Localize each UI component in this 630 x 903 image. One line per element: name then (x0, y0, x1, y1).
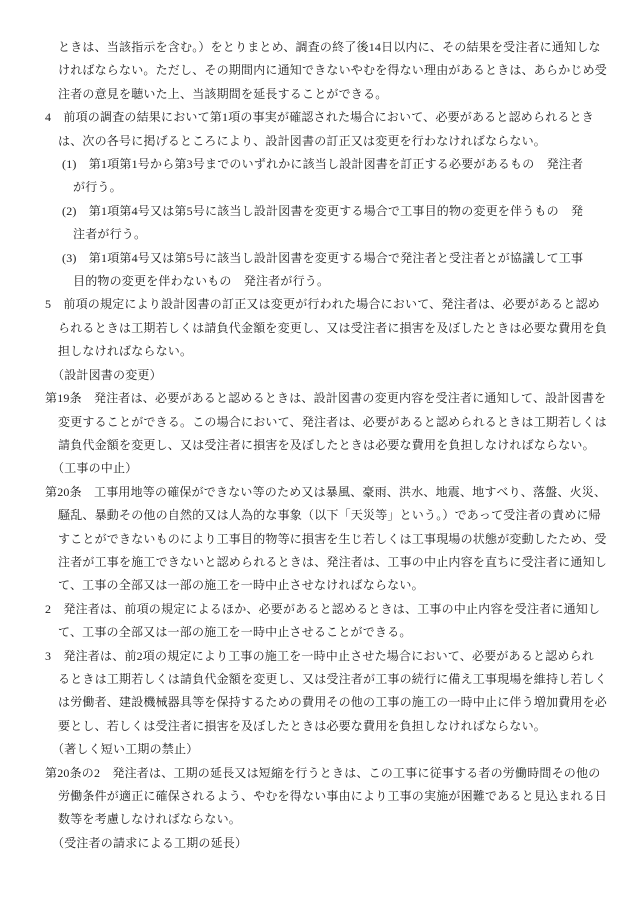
document-line: 注者が行う。 (73, 223, 597, 246)
document-line-article-20: 第20条 工事用地等の確保ができない等のため又は暴風、豪雨、洪水、地震、地すべり… (45, 481, 597, 504)
contract-text-block: ときは、当該指示を含む。）をとりまとめ、調査の終了後14日以内に、その結果を受注… (45, 36, 597, 855)
document-line-clause-5: 5 前項の規定により設計図書の訂正又は変更が行われた場合において、発注者は、必要… (45, 293, 597, 316)
document-line: 騒乱、暴動その他の自然的又は人為的な事象（以下「天災等」という。）であって受注者… (58, 504, 597, 527)
document-line: ときは、当該指示を含む。）をとりまとめ、調査の終了後14日以内に、その結果を受注… (58, 36, 597, 59)
document-line-article-20-2: 第20条の2 発注者は、工期の延長又は短縮を行うときは、この工事に従事する者の労… (45, 762, 597, 785)
document-line: られるときは工期若しくは請負代金額を変更し、又は受注者に損害を及ぼしたときは必要… (58, 317, 597, 340)
section-heading-period-extension-request: （受注者の請求による工期の延長） (52, 832, 597, 855)
document-line: て、工事の全部又は一部の施工を一時中止させることができる。 (58, 621, 597, 644)
document-line: 数等を考慮しなければならない。 (58, 808, 597, 831)
document-line: は労働者、建設機械器具等を保持するための費用その他の工事の施工の一時中止に伴う増… (58, 691, 597, 714)
document-line-clause-3: 3 発注者は、前2項の規定により工事の施工を一時中止させた場合において、必要があ… (45, 645, 597, 668)
document-line: 要とし、若しくは受注者に損害を及ぼしたときは必要な費用を負担しなければならない。 (58, 715, 597, 738)
document-line: 注者の意見を聴いた上、当該期間を延長することができる。 (58, 83, 597, 106)
document-line: て、工事の全部又は一部の施工を一時中止させなければならない。 (58, 574, 597, 597)
document-line-item-2: (2) 第1項第4号又は第5号に該当し設計図書を変更する場合で工事目的物の変更を… (62, 200, 597, 223)
document-line: すことができないものにより工事目的物等に損害を生じ若しくは工事現場の状態が変動し… (58, 528, 597, 551)
document-line-clause-2: 2 発注者は、前項の規定によるほか、必要があると認めるときは、工事の中止内容を受… (45, 598, 597, 621)
contract-document-page: ときは、当該指示を含む。）をとりまとめ、調査の終了後14日以内に、その結果を受注… (0, 0, 630, 903)
document-line: ければならない。ただし、その期間内に通知できないやむを得ない理由があるときは、あ… (58, 59, 597, 82)
document-line-clause-4: 4 前項の調査の結果において第1項の事実が確認された場合において、必要があると認… (45, 106, 597, 129)
document-line: 担しなければならない。 (58, 340, 597, 363)
document-line: 変更することができる。この場合において、発注者は、必要があると認められるときは工… (58, 411, 597, 434)
document-line: 目的物の変更を伴わないもの 発注者が行う。 (73, 270, 597, 293)
section-heading-short-period-prohibition: （著しく短い工期の禁止） (52, 738, 597, 761)
document-line: 請負代金額を変更し、又は受注者に損害を及ぼしたときは必要な費用を負担しなければな… (58, 434, 597, 457)
document-line-item-3: (3) 第1項第4号又は第5号に該当し設計図書を変更する場合で発注者と受注者とが… (62, 247, 597, 270)
section-heading-design-doc-change: （設計図書の変更） (52, 364, 597, 387)
section-heading-work-suspension: （工事の中止） (52, 457, 597, 480)
document-line-article-19: 第19条 発注者は、必要があると認めるときは、設計図書の変更内容を受注者に通知し… (45, 387, 597, 410)
document-line: が行う。 (73, 176, 597, 199)
document-line: 注者が工事を施工できないと認められるときは、発注者は、工事の中止内容を直ちに受注… (58, 551, 597, 574)
document-line: るときは工期若しくは請負代金額を変更し、又は受注者が工事の続行に備え工事現場を維… (58, 668, 597, 691)
document-line-item-1: (1) 第1項第1号から第3号までのいずれかに該当し設計図書を訂正する必要がある… (62, 153, 597, 176)
document-line: 労働条件が適正に確保されるよう、やむを得ない事由により工事の実施が困難であると見… (58, 785, 597, 808)
document-line: は、次の各号に掲げるところにより、設計図書の訂正又は変更を行わなければならない。 (58, 130, 597, 153)
